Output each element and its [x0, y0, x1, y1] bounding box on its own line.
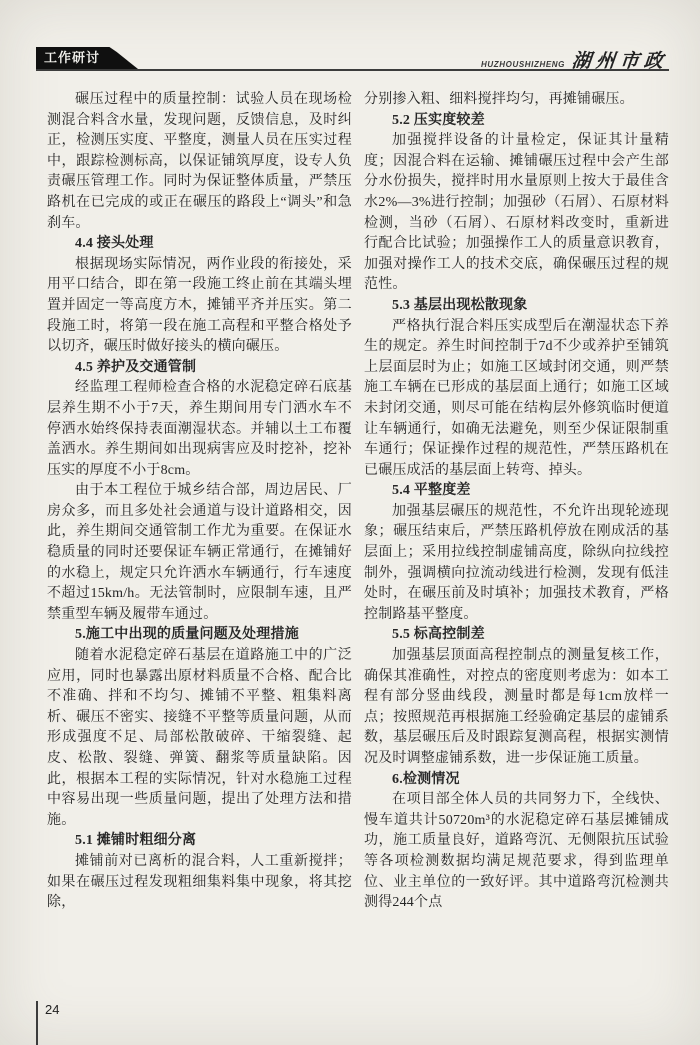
section-heading: 5.2 压实度较差 — [364, 111, 669, 132]
column-right: 分别掺入粗、细料搅拌均匀，再摊铺碾压。5.2 压实度较差加强搅拌设备的计量检定，… — [364, 90, 669, 914]
paragraph: 加强基层顶面高程控制点的测量复核工作，确保其准确性，对控点的密度则考虑为：如本工… — [364, 646, 669, 770]
section-heading: 6.检测情况 — [364, 770, 669, 791]
paragraph: 碾压过程中的质量控制：试验人员在现场检测混合料含水量，发现问题，反馈信息，及时纠… — [47, 90, 352, 234]
article-body: 碾压过程中的质量控制：试验人员在现场检测混合料含水量，发现问题，反馈信息，及时纠… — [47, 90, 669, 914]
section-heading: 4.4 接头处理 — [47, 234, 352, 255]
section-banner-label: 工作研讨 — [44, 50, 100, 65]
paragraph: 根据现场实际情况，两作业段的衔接处，采用平口结合，即在第一段施工终止前在其端头埋… — [47, 255, 352, 358]
journal-page: 工作研讨 HUZHOUSHIZHENG 湖州市政 碾压过程中的质量控制：试验人员… — [0, 0, 700, 1045]
paragraph: 分别掺入粗、细料搅拌均匀，再摊铺碾压。 — [364, 90, 669, 111]
footer-divider — [36, 1001, 38, 1045]
paragraph: 在项目部全体人员的共同努力下，全线快、慢车道共计50720m³的水泥稳定碎石基层… — [364, 790, 669, 914]
paragraph: 由于本工程位于城乡结合部，周边居民、厂房众多，而且多处社会通道与设计道路相交，因… — [47, 481, 352, 625]
journal-masthead: HUZHOUSHIZHENG 湖州市政 — [481, 46, 668, 73]
section-heading: 5.3 基层出现松散现象 — [364, 296, 669, 317]
page-number: 24 — [45, 1002, 59, 1017]
section-heading: 5.5 标高控制差 — [364, 625, 669, 646]
section-banner: 工作研讨 — [36, 47, 138, 69]
paragraph: 经监理工程师检查合格的水泥稳定碎石底基层养生期不小于7天，养生期间用专门洒水车不… — [47, 378, 352, 481]
section-heading: 4.5 养护及交通管制 — [47, 358, 352, 379]
column-left: 碾压过程中的质量控制：试验人员在现场检测混合料含水量，发现问题，反馈信息，及时纠… — [47, 90, 352, 914]
paragraph: 加强基层碾压的规范性，不允许出现轮迹现象；碾压结束后，严禁压路机停放在刚成活的基… — [364, 502, 669, 626]
section-heading: 5.4 平整度差 — [364, 481, 669, 502]
paragraph: 严格执行混合料压实成型后在潮湿状态下养生的规定。养生时间控制于7d不少或养护至铺… — [364, 317, 669, 482]
section-heading: 5.1 摊铺时粗细分离 — [47, 831, 352, 852]
paragraph: 加强搅拌设备的计量检定，保证其计量精度；因混合料在运输、摊铺碾压过程中会产生部分… — [364, 131, 669, 296]
section-heading: 5.施工中出现的质量问题及处理措施 — [47, 625, 352, 646]
paragraph: 摊铺前对已离析的混合料，人工重新搅拌；如果在碾压过程发现粗细集料集中现象，将其挖… — [47, 852, 352, 914]
journal-chinese-title: 湖州市政 — [571, 46, 670, 73]
journal-latin-title: HUZHOUSHIZHENG — [481, 60, 565, 69]
paragraph: 随着水泥稳定碎石基层在道路施工中的广泛应用，同时也暴露出原材料质量不合格、配合比… — [47, 646, 352, 831]
